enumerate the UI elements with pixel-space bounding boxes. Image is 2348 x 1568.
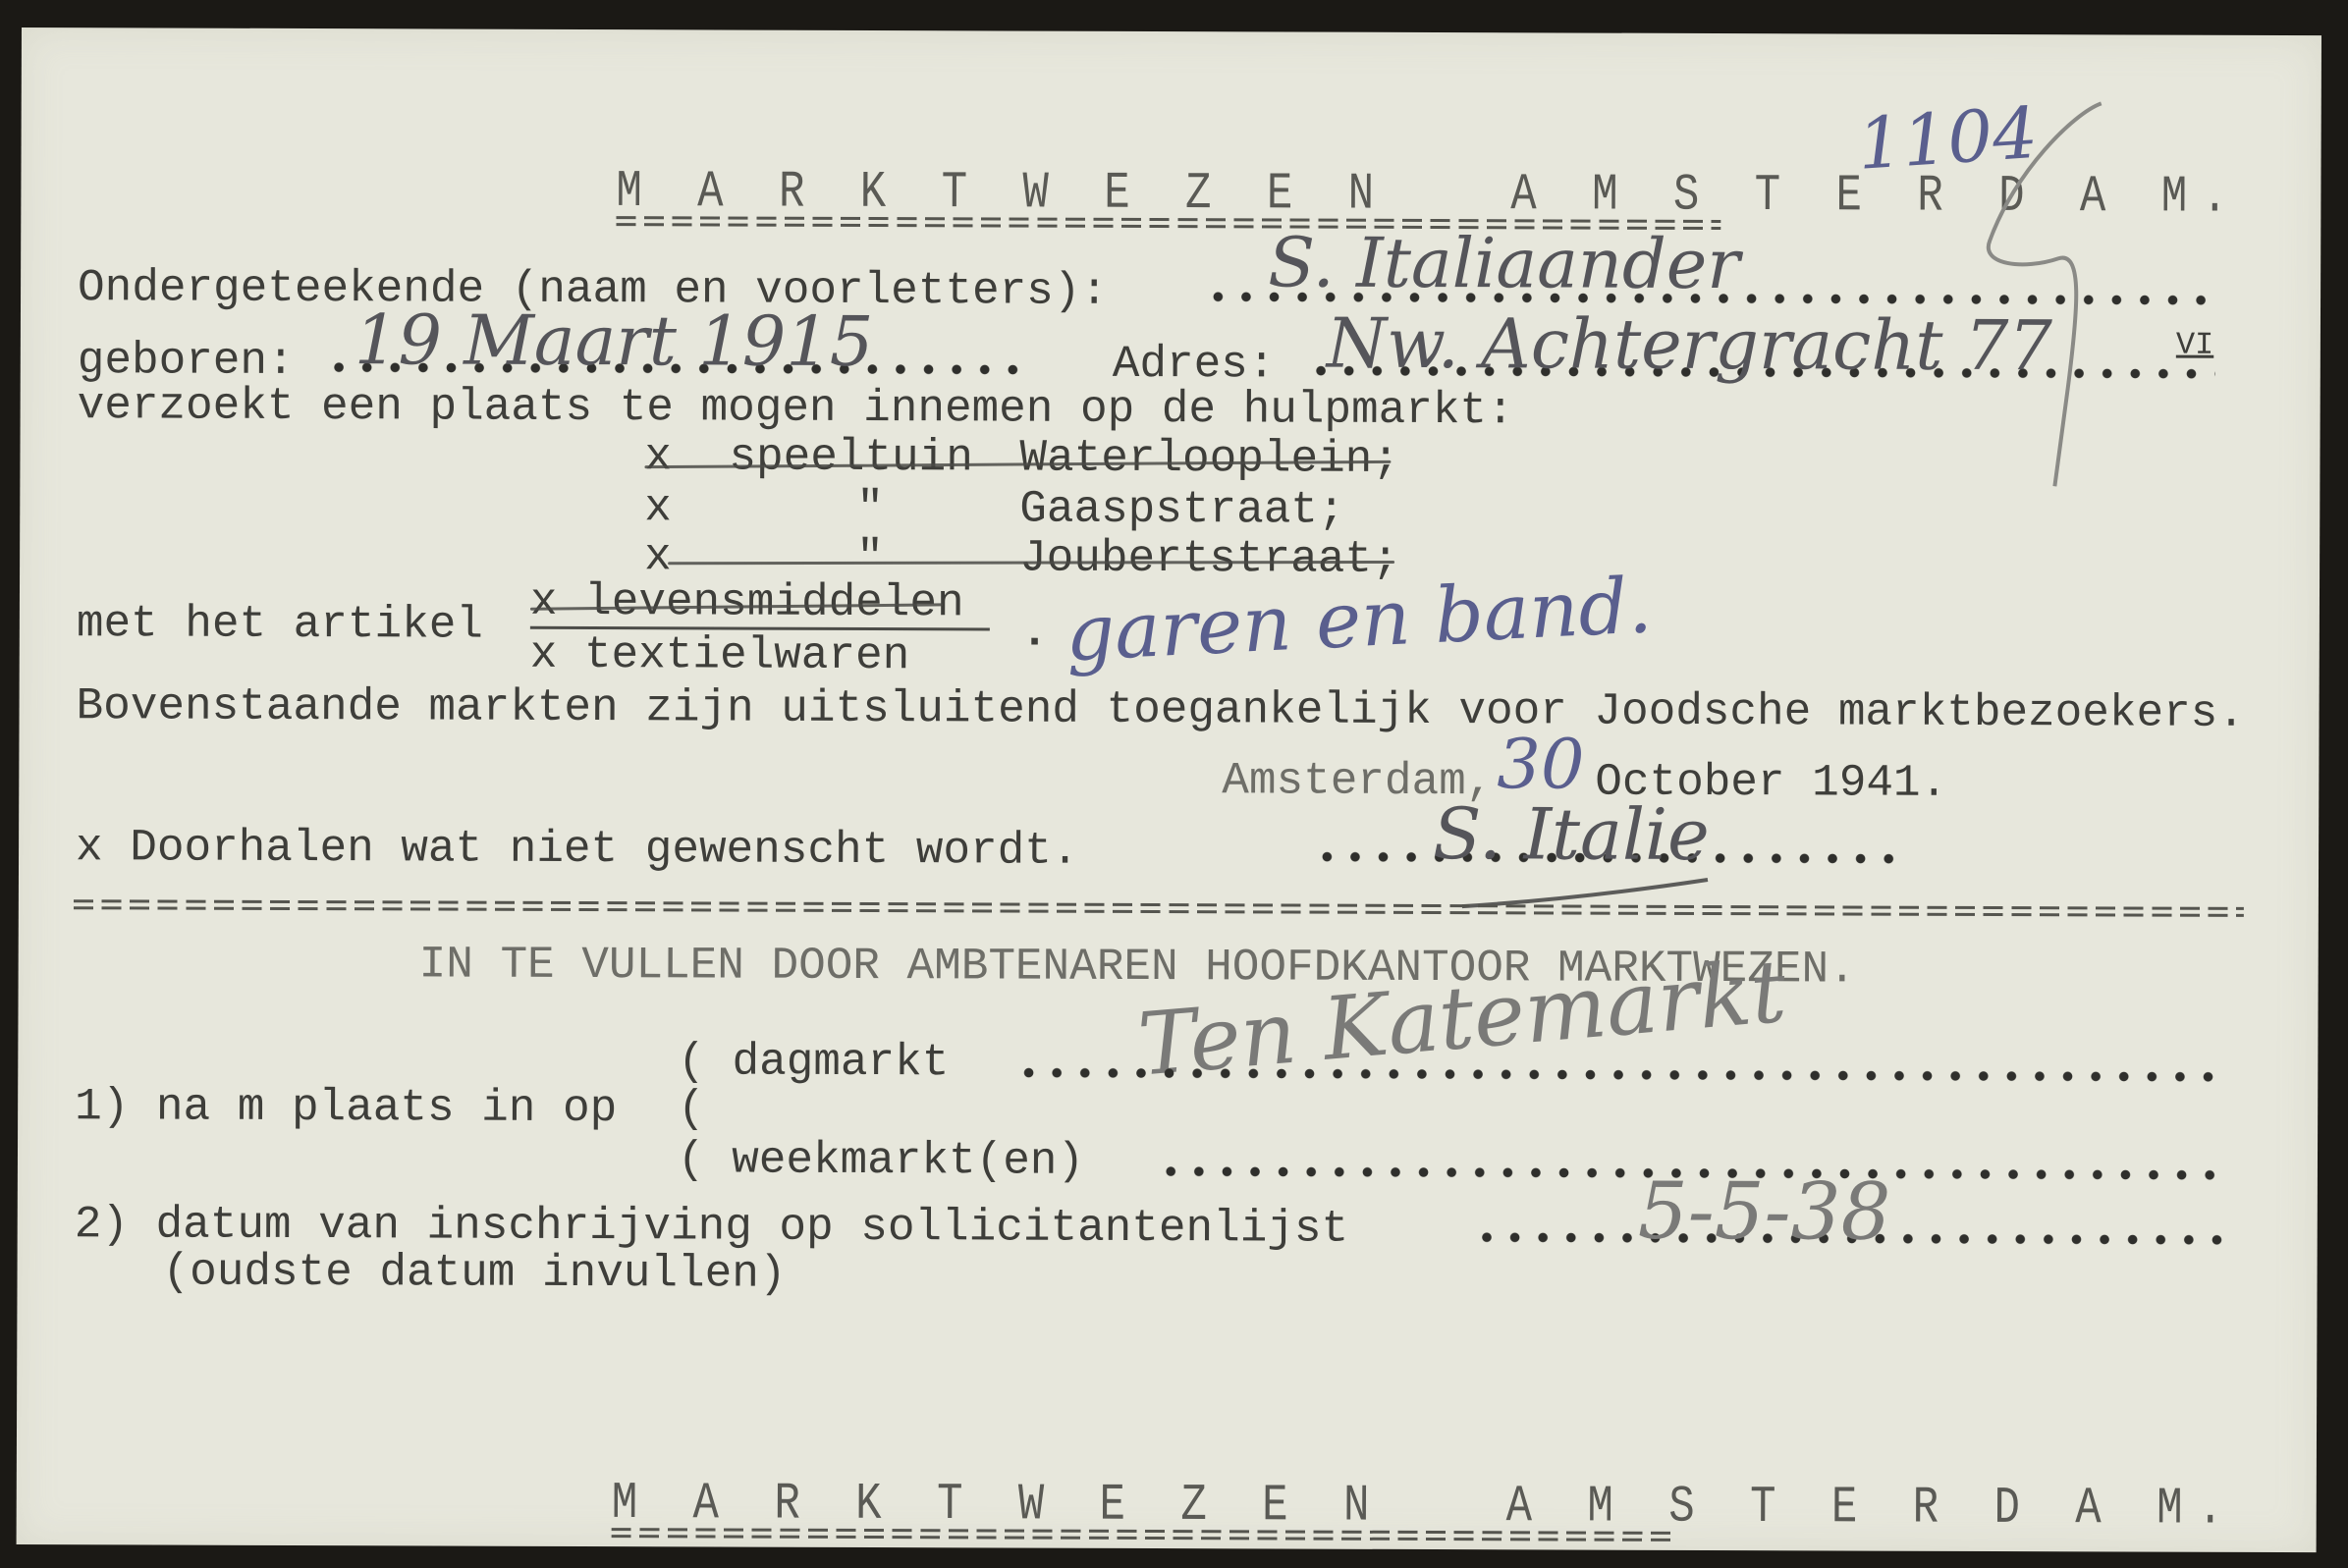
market-prefix-3: " [856,535,884,580]
market-prefix-1: speeltuin [729,435,973,481]
article-option-textielwaren: x textielwaren [530,632,910,678]
section-separator [74,899,2244,917]
market-marker-1: x [644,434,672,479]
market-name-waterlooplein: Waterlooplein; [1019,436,1399,482]
item2-handwritten-date: 5-5-38 [1638,1172,1891,1252]
notice-text: Bovenstaande markten zijn uitsluitend to… [77,683,2246,736]
market-name-joubertstraat: Joubertstraat; [1019,536,1399,582]
request-text: verzoekt een plaats te mogen innemen op … [78,383,1514,433]
article-period: . [1021,611,1049,656]
footer-title: M A R K T W E Z E N A M S T E R D A M. [612,1478,2238,1536]
article-option-levensmiddelen: x levensmiddelen [530,579,964,626]
dagmarkt-label: ( dagmarkt [678,1039,949,1085]
born-date-handwritten: 19 Maart 1915 [355,305,874,376]
market-marker-2: x [644,485,672,530]
address-label: Adres: [1113,342,1276,388]
born-label: geboren: [78,338,295,384]
address-floor: VI [2176,330,2214,361]
address-handwritten: Nw. Achtergracht 77 [1327,309,2052,381]
market-name-gaaspstraat: Gaaspstraat; [1019,487,1344,533]
date-day-handwritten: 30 [1497,730,1584,798]
strike-instruction: x Doorhalen wat niet gewenscht wordt. [76,825,1079,874]
item2-label: 2) datum van inschrijving op sollicitant… [75,1202,1349,1252]
item1-brace: ( [678,1086,705,1131]
market-prefix-2: " [856,486,884,531]
article-label: met het artikel [77,601,483,647]
applicant-name-handwritten: S. Italiaander [1268,228,1740,298]
item2-note: (oudste datum invullen) [162,1250,786,1297]
market-application-card: M A R K T W E Z E N A M S T E R D A M. 1… [17,27,2321,1552]
applicant-signature: S. Italie [1433,798,1710,870]
market-marker-3: x [644,534,672,579]
item1-label: 1) na m plaats in op [75,1084,617,1131]
weekmarkt-label: ( weekmarkt(en) [678,1137,1084,1183]
